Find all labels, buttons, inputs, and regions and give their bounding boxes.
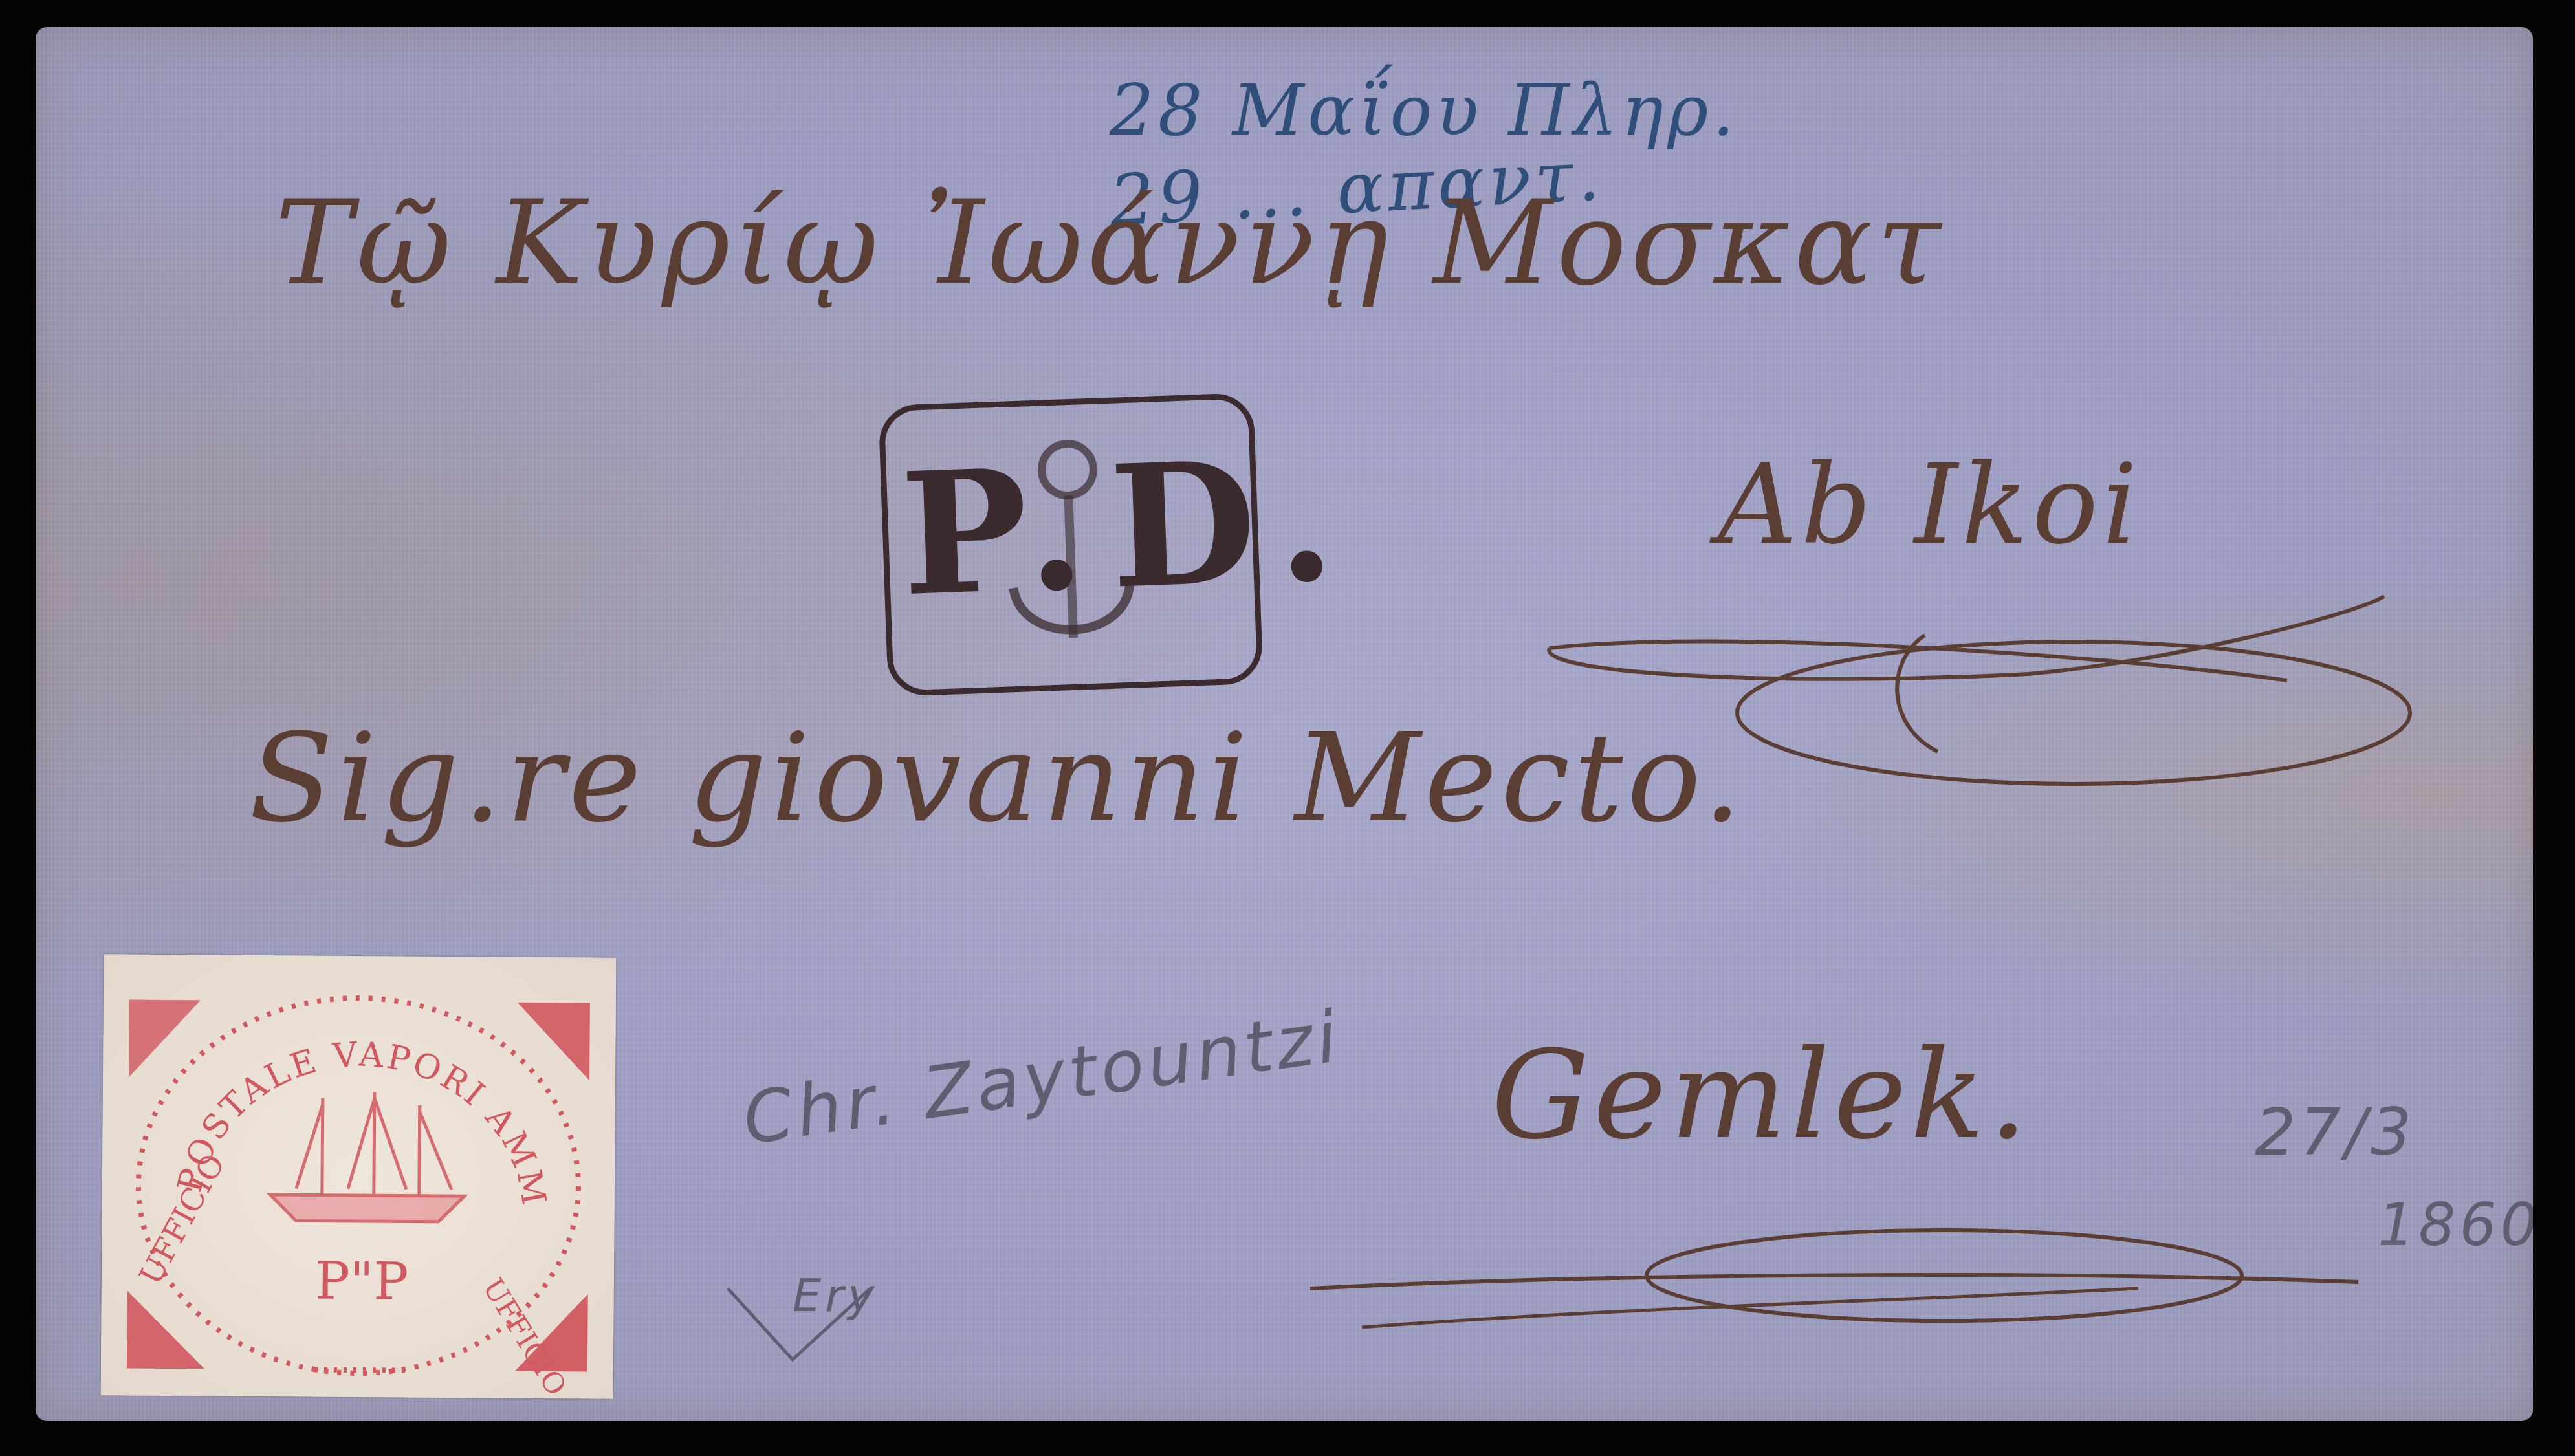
steamship-icon	[270, 1091, 465, 1222]
flourish-underline-1	[1524, 558, 2442, 803]
address-line3: Sig.re giovanni Mecto.	[249, 706, 1746, 849]
stamp-top-text: POSTALE VAPORI AMMOR.	[101, 954, 556, 1210]
pd-handstamp: P.D.	[878, 393, 1263, 697]
address-line2: Ab Ikoi	[1718, 441, 2142, 569]
address-line4: Gemlek.	[1491, 1023, 2032, 1166]
stamp-value: P"P	[315, 1251, 409, 1312]
postage-stamp: POSTALE VAPORI AMMOR. UFFICIO UFFICIO P"…	[101, 954, 617, 1399]
address-line1: Τῷ Κυρίῳ Ἰωάννῃ Μοσκατ	[275, 176, 1945, 311]
top-note-line1: 28 Μαΐου Πληρ.	[1110, 72, 1738, 150]
flourish-underline-2	[1297, 1198, 2397, 1392]
bleed-through-writing: ⁠	[49, 66, 155, 105]
pencil-date-line1: 27/3	[2255, 1094, 2416, 1170]
pencil-date-line2: 1860	[2378, 1191, 2533, 1259]
anchor-icon	[995, 428, 1145, 666]
pencil-check-mark	[721, 1276, 890, 1405]
stamp-design: POSTALE VAPORI AMMOR. UFFICIO UFFICIO P"…	[101, 954, 617, 1399]
pencil-signature: Chr. Zaytountzi	[738, 995, 1346, 1160]
svg-text:POSTALE VAPORI AMMOR.: POSTALE VAPORI AMMOR.	[101, 954, 556, 1210]
